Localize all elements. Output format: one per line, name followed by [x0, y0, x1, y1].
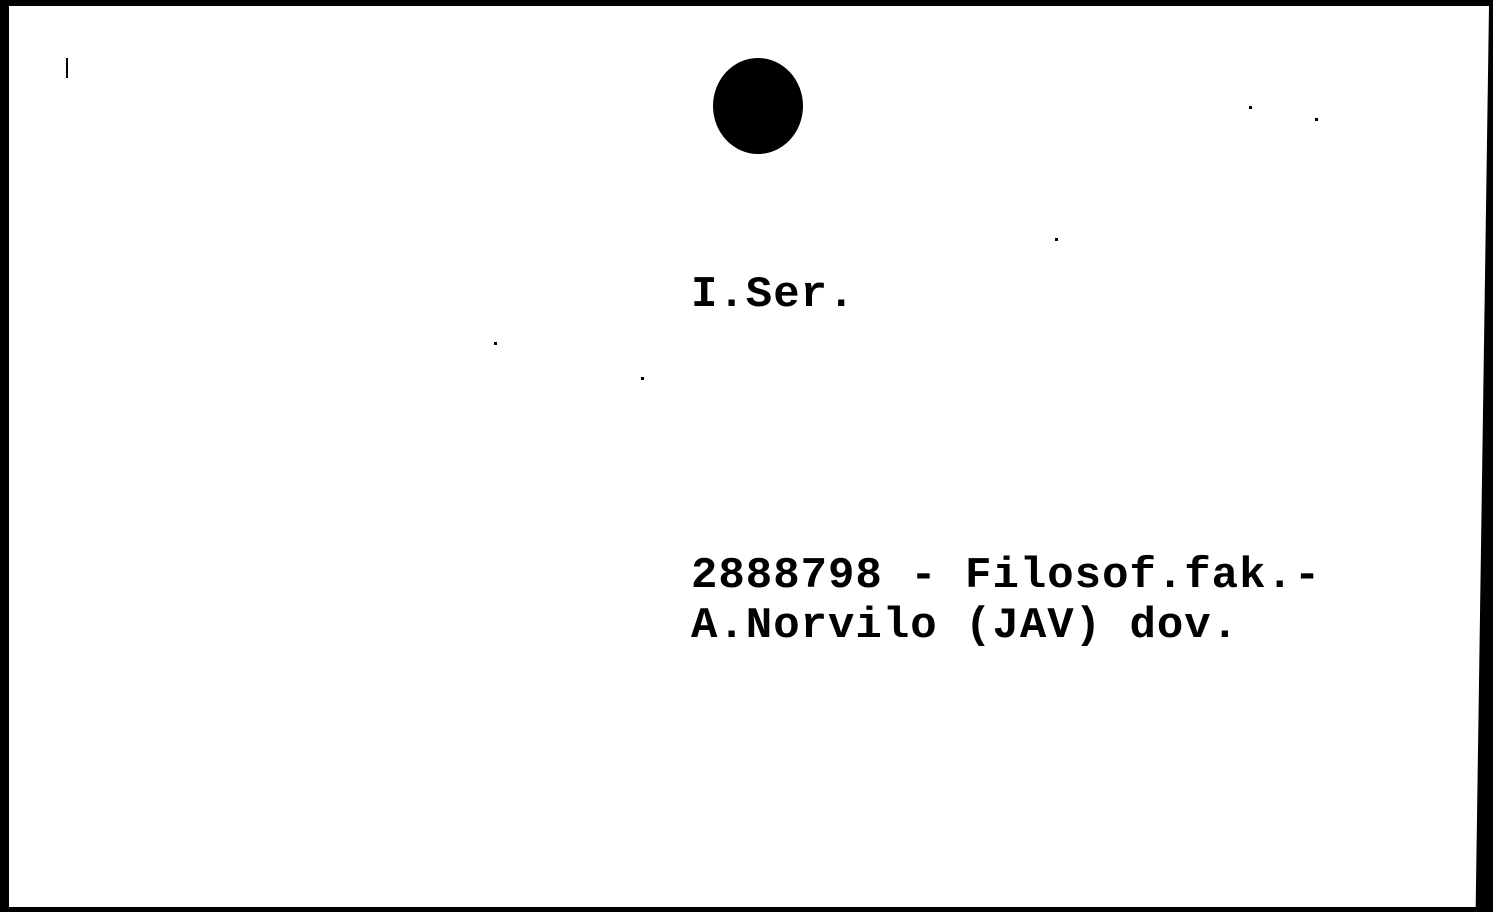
- series-label: I.Ser.: [691, 270, 855, 320]
- index-card: I.Ser. 2888798 - Filosof.fak.- A.Norvilo…: [9, 6, 1489, 907]
- speck: [1055, 238, 1058, 241]
- entry-line-1: 2888798 - Filosof.fak.-: [691, 551, 1321, 601]
- speck: [1315, 118, 1318, 121]
- speck: [494, 342, 497, 345]
- catalog-entry: 2888798 - Filosof.fak.- A.Norvilo (JAV) …: [691, 551, 1321, 651]
- pencil-mark: [66, 58, 68, 78]
- entry-line-2: A.Norvilo (JAV) dov.: [691, 601, 1239, 651]
- punch-hole: [713, 58, 803, 154]
- speck: [1249, 106, 1252, 109]
- speck: [641, 377, 644, 380]
